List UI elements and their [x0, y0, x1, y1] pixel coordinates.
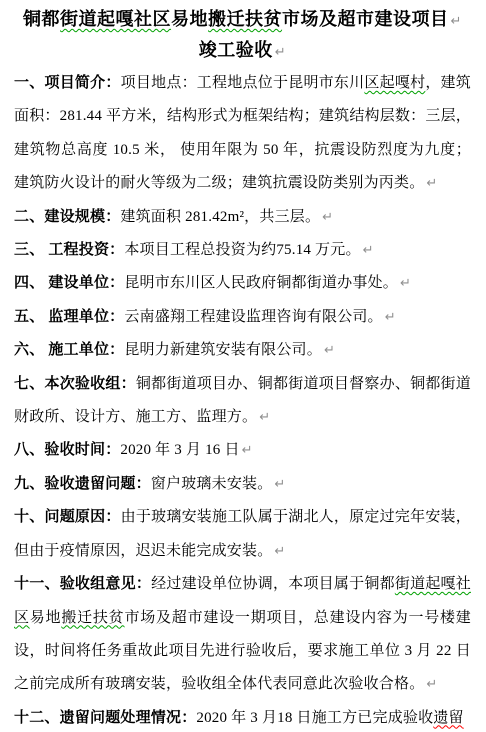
paragraph-heading: 十一、验收组意见：: [14, 576, 151, 592]
paragraph-text: 云南盛翔工程建设监理咨询有限公司。: [124, 309, 382, 325]
paragraph-heading: 九、验收遗留问题：: [14, 476, 151, 492]
paragraph-mark-icon: ↵: [424, 677, 437, 692]
paragraph-mark-icon: ↵: [257, 410, 270, 425]
paragraph: 二、建设规模：建筑面积 281.42m²，共三层。↵: [14, 201, 471, 234]
paragraph-text: 2020 年 3 月18 日施工方已完成验收: [196, 710, 433, 726]
paragraph-heading: 易地: [171, 9, 208, 29]
title-line: 铜都街道起嘎社区易地搬迁扶贫市场及超市建设项目↵: [14, 5, 471, 36]
document-page: 铜都街道起嘎社区易地搬迁扶贫市场及超市建设项目↵竣工验收↵一、项目简介：项目地点…: [0, 0, 486, 732]
spellcheck-flagged-text: 区起嘎村: [364, 75, 425, 91]
paragraph-mark-icon: ↵: [272, 544, 285, 559]
spellcheck-flagged-text: 遗留: [433, 710, 463, 726]
paragraph-mark-icon: ↵: [361, 243, 374, 258]
paragraph: 十、问题原因：由于玻璃安装施工队属于湖北人，原定过完年安装，但由于疫情原因，迟迟…: [14, 501, 471, 568]
paragraph-heading: 七、本次验收组：: [14, 376, 136, 392]
paragraph: 三、 工程投资：本项目工程总投资为约75.14 万元。↵: [14, 234, 471, 267]
spellcheck-flagged-text: 搬迁扶贫: [61, 610, 124, 626]
paragraph-mark-icon: ↵: [398, 276, 411, 291]
paragraph: 十二、遗留问题处理情况：2020 年 3 月18 日施工方已完成验收遗留: [14, 702, 471, 732]
paragraph-heading: 十、问题原因：: [14, 509, 121, 525]
paragraph-mark-icon: ↵: [240, 443, 253, 458]
paragraph-heading: 二、建设规模：: [14, 209, 120, 225]
spellcheck-flagged-text: 搬迁扶贫: [208, 9, 282, 29]
document-blocks: 铜都街道起嘎社区易地搬迁扶贫市场及超市建设项目↵竣工验收↵一、项目简介：项目地点…: [14, 5, 471, 732]
paragraph-heading: 五、 监理单位：: [14, 309, 124, 325]
paragraph-mark-icon: ↵: [273, 45, 286, 60]
paragraph-heading: 铜都: [23, 9, 60, 29]
paragraph-text: ，建筑面积：281.44 平方米，结构形式为框架结构；建筑结构层数：三层，建筑物…: [14, 75, 471, 191]
paragraph-text: 昆明市东川区人民政府铜都街道办事处。: [124, 275, 398, 291]
paragraph-heading: 六、 施工单位：: [14, 342, 124, 358]
paragraph-text: 2020 年 3 月 16 日: [120, 442, 239, 458]
title-line: 竣工验收↵: [14, 36, 471, 67]
paragraph-mark-icon: ↵: [424, 176, 437, 191]
paragraph-mark-icon: ↵: [322, 343, 335, 358]
paragraph-heading: 市场及超市建设项目: [282, 9, 449, 29]
paragraph: 六、 施工单位：昆明力新建筑安装有限公司。↵: [14, 334, 471, 367]
paragraph: 五、 监理单位：云南盛翔工程建设监理咨询有限公司。↵: [14, 301, 471, 334]
paragraph-text: 经过建设单位协调，本项目属于铜都: [151, 576, 395, 592]
paragraph-heading: 八、验收时间：: [14, 442, 120, 458]
paragraph-heading: 十二、遗留问题处理情况：: [14, 710, 196, 726]
paragraph-text: 建筑面积 281.42m²，共三层。: [120, 209, 320, 225]
paragraph-heading: 三、 工程投资：: [14, 242, 124, 258]
paragraph: 七、本次验收组：铜都街道项目办、铜都街道项目督察办、铜都街道财政所、设计方、施工…: [14, 368, 471, 435]
paragraph-heading: 四、 建设单位：: [14, 275, 124, 291]
paragraph-text: 窗户玻璃未安装。: [151, 476, 273, 492]
paragraph-mark-icon: ↵: [449, 14, 462, 29]
paragraph: 九、验收遗留问题：窗户玻璃未安装。↵: [14, 468, 471, 501]
paragraph-text: 项目地点：工程地点位于昆明市东川: [121, 75, 365, 91]
paragraph-text: 本项目工程总投资为约75.14 万元。: [124, 242, 360, 258]
paragraph-text: 易地: [30, 610, 62, 626]
paragraph: 八、验收时间：2020 年 3 月 16 日↵: [14, 434, 471, 467]
paragraph: 十一、验收组意见：经过建设单位协调，本项目属于铜都街道起嘎社区易地搬迁扶贫市场及…: [14, 568, 471, 702]
spellcheck-flagged-text: 街道起嘎社区: [60, 9, 171, 29]
paragraph-mark-icon: ↵: [320, 210, 333, 225]
paragraph-heading: 竣工验收: [199, 40, 273, 60]
paragraph-mark-icon: ↵: [383, 310, 396, 325]
paragraph: 一、项目简介：项目地点：工程地点位于昆明市东川区起嘎村，建筑面积：281.44 …: [14, 67, 471, 201]
paragraph: 四、 建设单位：昆明市东川区人民政府铜都街道办事处。↵: [14, 267, 471, 300]
paragraph-heading: 一、项目简介：: [14, 75, 121, 91]
paragraph-text: 昆明力新建筑安装有限公司。: [124, 342, 322, 358]
paragraph-mark-icon: ↵: [272, 477, 285, 492]
